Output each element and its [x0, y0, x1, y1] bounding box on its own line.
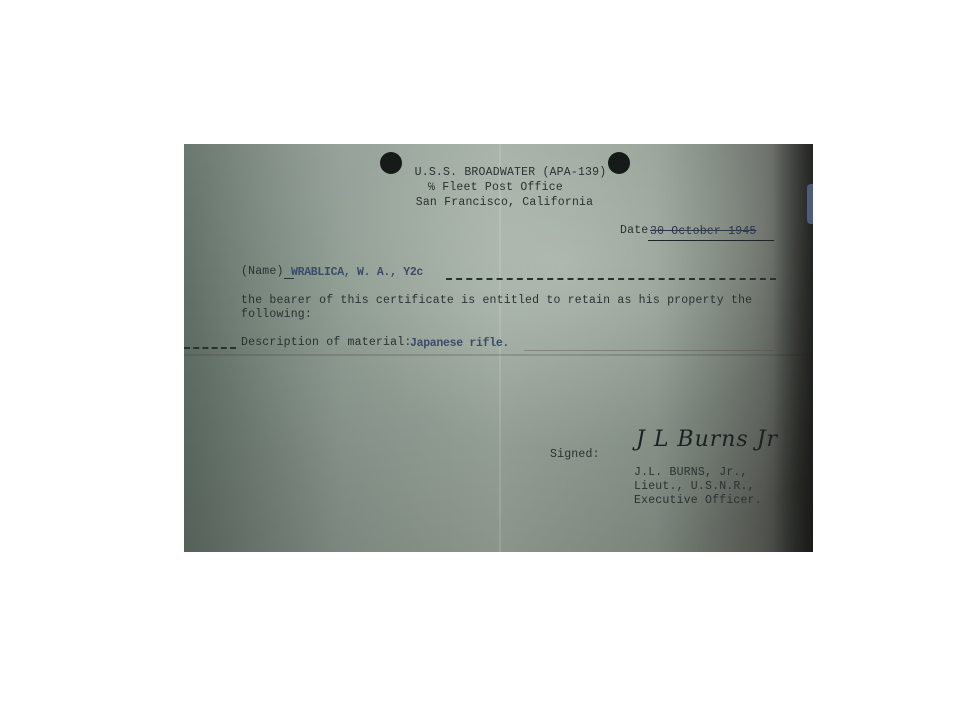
signer-rank: Lieut., U.S.N.R., — [634, 480, 755, 493]
name-label: (Name) — [241, 265, 284, 278]
city-state: San Francisco, California — [190, 196, 813, 209]
signer-title: Executive Officer. — [634, 494, 762, 507]
date-underline — [648, 240, 774, 241]
date-value: 30 October 1945 — [650, 225, 757, 238]
handwritten-signature: J L Burns Jr — [636, 427, 778, 452]
description-value: Japanese rifle. — [410, 337, 509, 350]
signer-name: J.L. BURNS, Jr., — [634, 466, 748, 479]
signed-label: Signed: — [550, 448, 600, 461]
paper-fold-horizontal — [184, 354, 813, 356]
description-label: Description of material: — [241, 336, 411, 349]
date-label: Date — [620, 224, 648, 237]
name-dashed-line — [446, 278, 776, 280]
description-lead-dashes — [184, 347, 236, 349]
name-value: WRABLICA, W. A., Y2c — [291, 266, 423, 279]
post-office: ℅ Fleet Post Office — [184, 181, 810, 194]
ship-name: U.S.S. BROADWATER (APA-139) — [196, 166, 813, 179]
photo-glare — [807, 184, 813, 224]
body-text-line-2: following: — [241, 308, 312, 321]
description-line — [524, 350, 774, 351]
certificate-photo: U.S.S. BROADWATER (APA-139) ℅ Fleet Post… — [184, 144, 813, 552]
body-text-line-1: the bearer of this certificate is entitl… — [241, 294, 752, 307]
